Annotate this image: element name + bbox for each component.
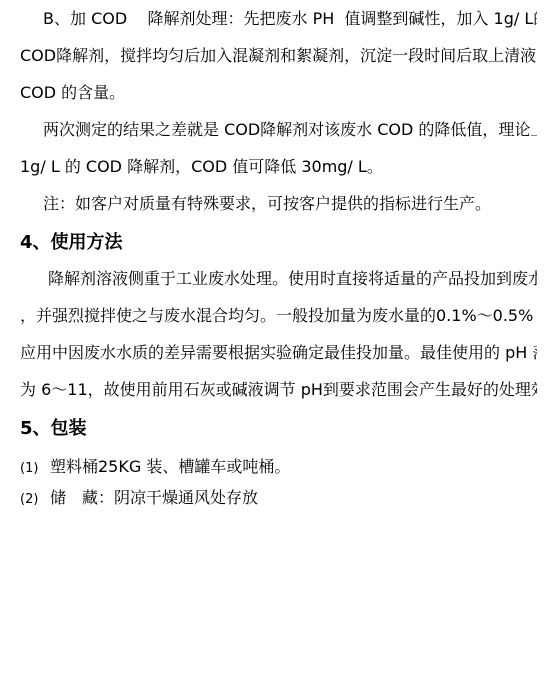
- document-page: B、加 COD 降解剂处理：先把废水 PH 值调整到碱性，加入 1g/ L的 C…: [0, 0, 549, 700]
- paragraph-measurement-result: 两次测定的结果之差就是 COD降解剂对该废水 COD 的降低值，理论上加入 1g…: [20, 111, 537, 185]
- list-item: (2) 储 藏：阴凉干燥通风处存放: [20, 483, 537, 514]
- paragraph-cod-treatment: B、加 COD 降解剂处理：先把废水 PH 值调整到碱性，加入 1g/ L的 C…: [20, 0, 537, 111]
- document-content: B、加 COD 降解剂处理：先把废水 PH 值调整到碱性，加入 1g/ L的 C…: [0, 0, 549, 514]
- section-heading-usage: 4、使用方法: [20, 226, 537, 260]
- paragraph-usage: 降解剂溶液侧重于工业废水处理。使用时直接将适量的产品投加到废水中 ，并强烈搅拌使…: [20, 260, 537, 408]
- list-item: (1) 塑料桶25KG 装、槽罐车或吨桶。: [20, 452, 537, 483]
- paragraph-line: 应用中因废水水质的差异需要根据实验确定最佳投加量。最佳使用的 pH 范围: [20, 334, 537, 371]
- paragraph-line: ，并强烈搅拌使之与废水混合均匀。一般投加量为废水量的0.1%～0.5% ，实际: [20, 297, 537, 334]
- paragraph-note: 注：如客户对质量有特殊要求，可按客户提供的指标进行生产。: [20, 185, 537, 222]
- packaging-list: (1) 塑料桶25KG 装、槽罐车或吨桶。 (2) 储 藏：阴凉干燥通风处存放: [20, 452, 537, 514]
- paragraph-line: 注：如客户对质量有特殊要求，可按客户提供的指标进行生产。: [20, 185, 537, 222]
- list-item-text: 储 藏：阴凉干燥通风处存放: [50, 483, 537, 512]
- paragraph-line: COD 的含量。: [20, 74, 537, 111]
- paragraph-line: COD降解剂，搅拌均匀后加入混凝剂和絮凝剂，沉淀一段时间后取上清液测定: [20, 37, 537, 74]
- paragraph-line: B、加 COD 降解剂处理：先把废水 PH 值调整到碱性，加入 1g/ L的: [20, 0, 537, 37]
- list-item-marker: (1): [20, 454, 50, 483]
- list-item-marker: (2): [20, 485, 50, 514]
- paragraph-line: 两次测定的结果之差就是 COD降解剂对该废水 COD 的降低值，理论上加入: [20, 111, 537, 148]
- paragraph-line: 降解剂溶液侧重于工业废水处理。使用时直接将适量的产品投加到废水中: [20, 260, 537, 297]
- paragraph-line: 1g/ L 的 COD 降解剂，COD 值可降低 30mg/ L。: [20, 148, 537, 185]
- section-heading-packaging: 5、包装: [20, 412, 537, 446]
- paragraph-line: 为 6～11，故使用前用石灰或碱液调节 pH到要求范围会产生最好的处理效。: [20, 371, 537, 408]
- list-item-text: 塑料桶25KG 装、槽罐车或吨桶。: [50, 452, 537, 481]
